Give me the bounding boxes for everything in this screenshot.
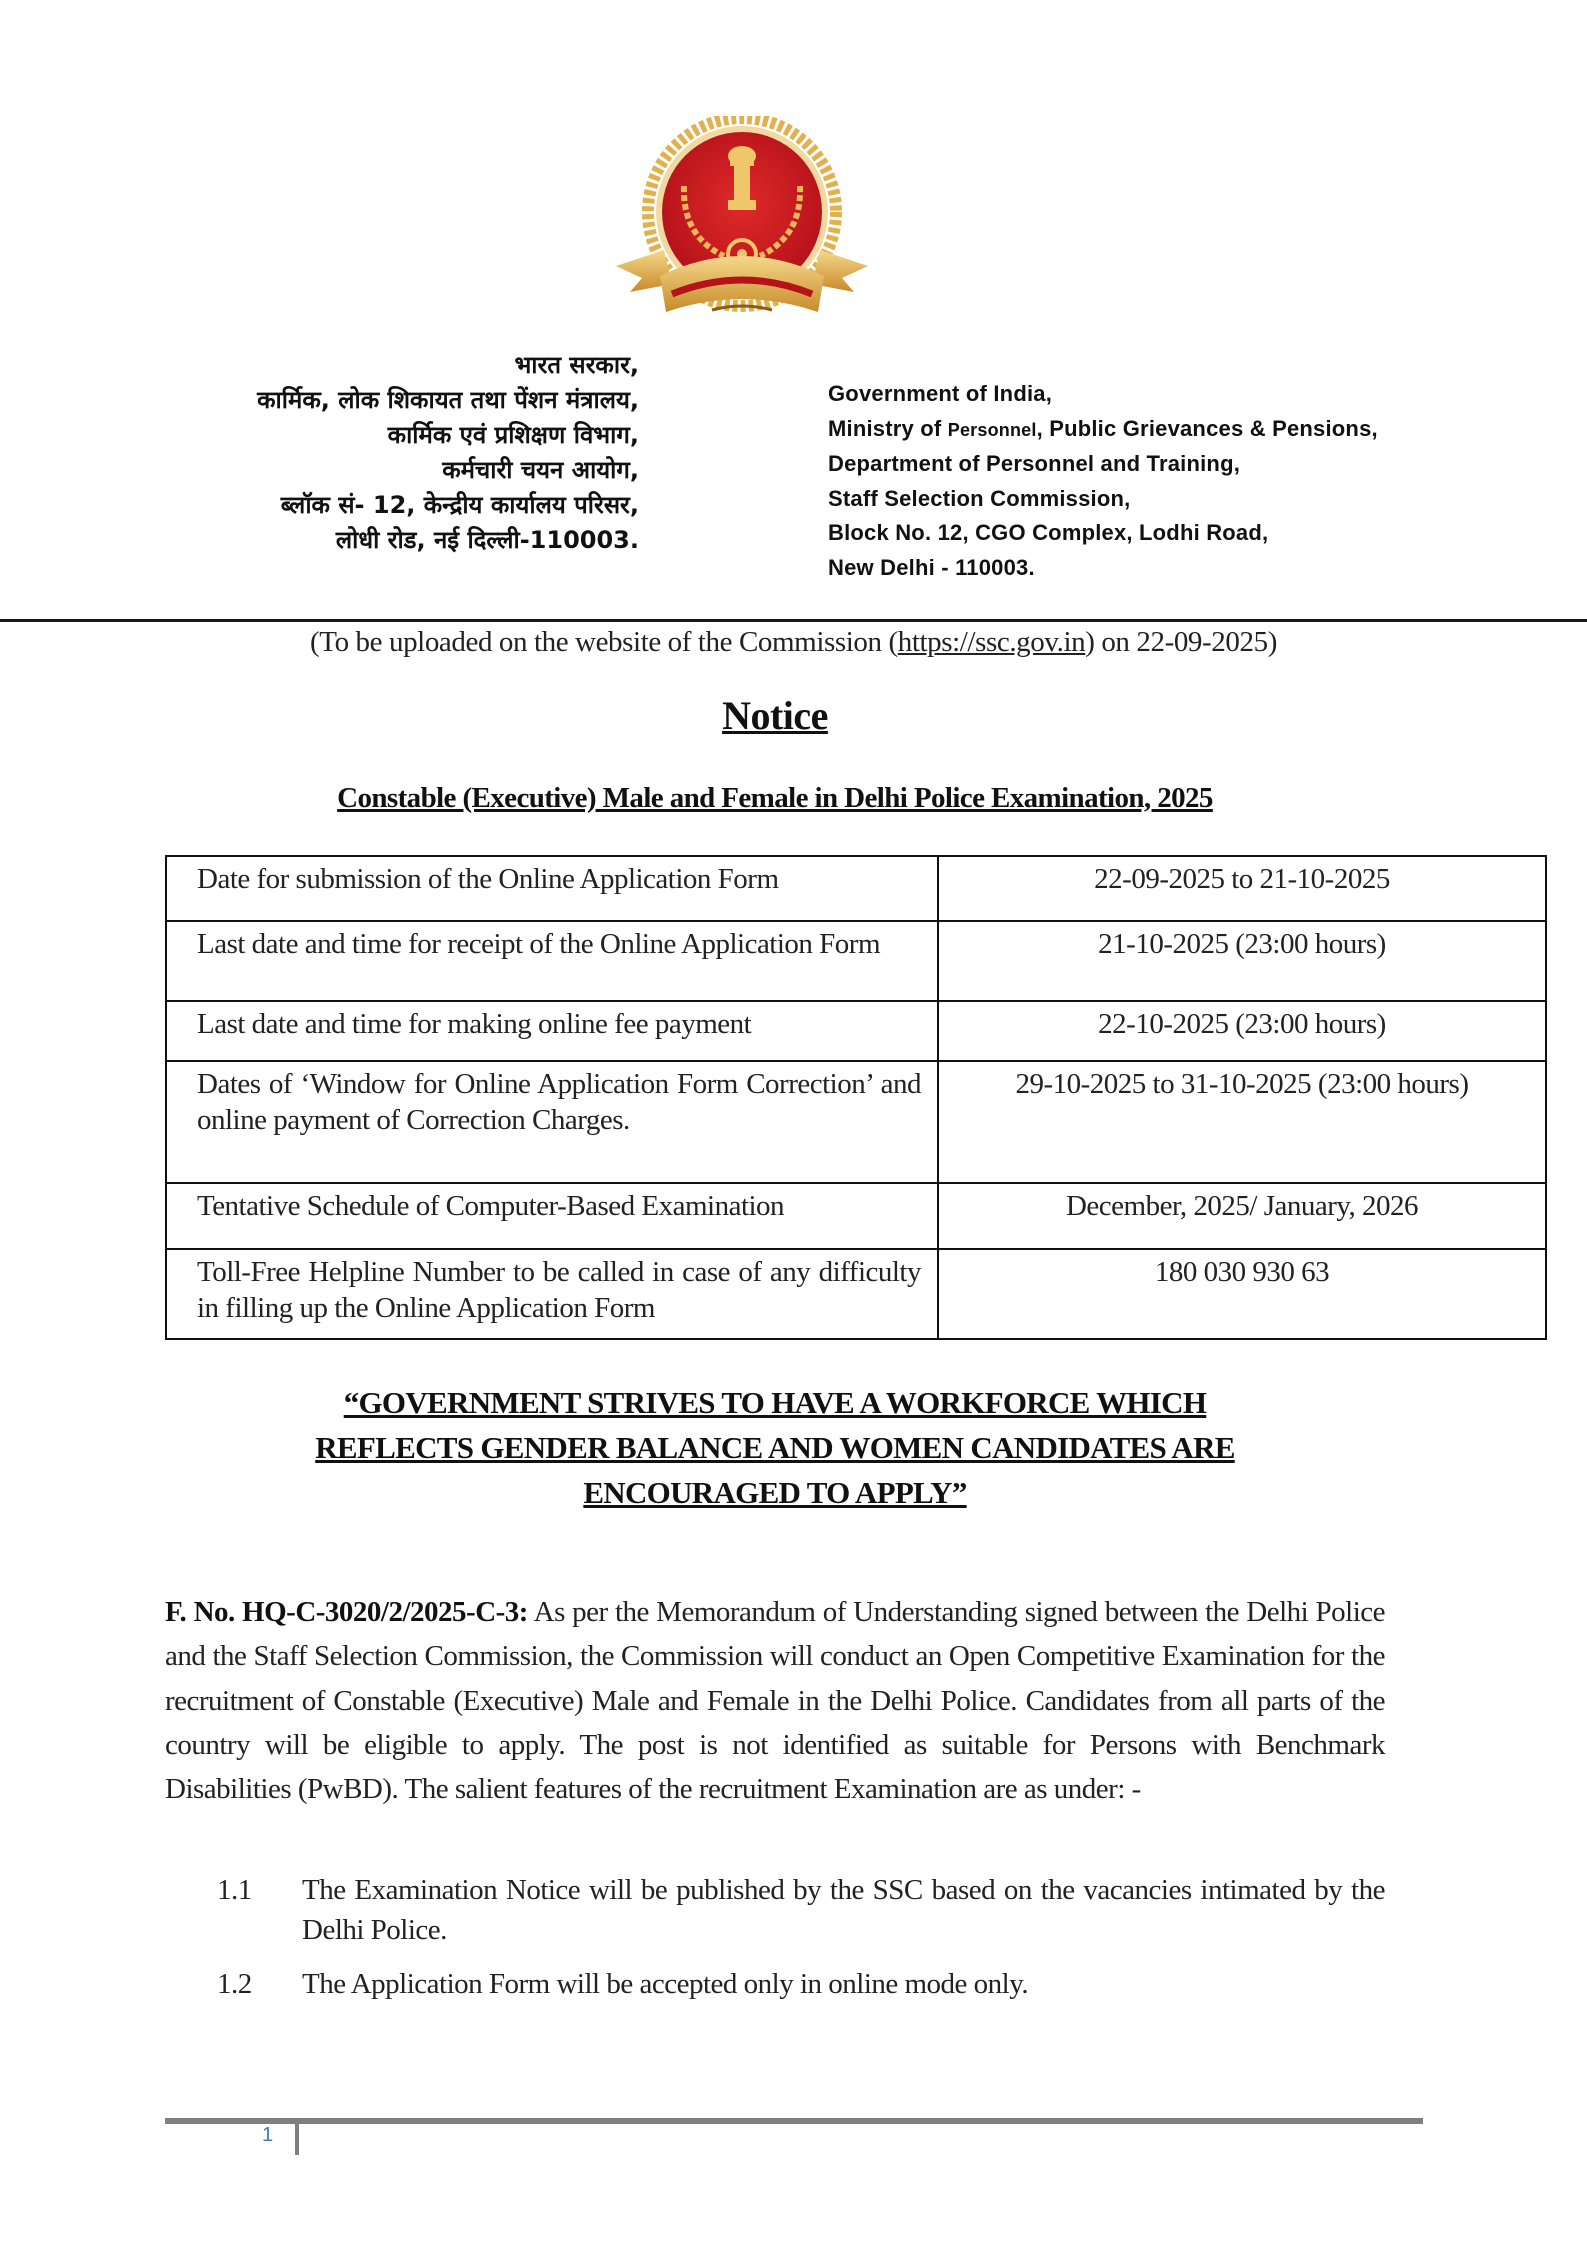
list-item-text: The Application Form will be accepted on… bbox=[302, 1964, 1385, 2004]
slogan-line: REFLECTS GENDER BALANCE AND WOMEN CANDID… bbox=[0, 1425, 1550, 1470]
table-row: Last date and time for making online fee… bbox=[166, 1001, 1546, 1061]
english-line-part: Ministry of bbox=[828, 416, 941, 441]
footer-divider bbox=[165, 2118, 1423, 2124]
list-item: 1.2 The Application Form will be accepte… bbox=[165, 1964, 1385, 2004]
upload-note-prefix: (To be uploaded on the website of the Co… bbox=[310, 626, 898, 658]
table-row: Last date and time for receipt of the On… bbox=[166, 921, 1546, 1001]
hindi-line: कार्मिक एवं प्रशिक्षण विभाग, bbox=[257, 418, 639, 453]
ssc-website-link[interactable]: https://ssc.gov.in bbox=[898, 626, 1086, 658]
schedule-label: Last date and time for making online fee… bbox=[166, 1001, 938, 1061]
schedule-label: Toll-Free Helpline Number to be called i… bbox=[166, 1249, 938, 1339]
schedule-label: Tentative Schedule of Computer-Based Exa… bbox=[166, 1183, 938, 1249]
upload-note: (To be uploaded on the website of the Co… bbox=[0, 622, 1587, 662]
english-line: Block No. 12, CGO Complex, Lodhi Road, bbox=[828, 516, 1378, 551]
hindi-line: भारत सरकार, bbox=[257, 348, 639, 383]
schedule-label: Dates of ‘Window for Online Application … bbox=[166, 1061, 938, 1183]
schedule-label: Date for submission of the Online Applic… bbox=[166, 856, 938, 921]
table-row: Dates of ‘Window for Online Application … bbox=[166, 1061, 1546, 1183]
upload-note-suffix: ) on 22-09-2025) bbox=[1085, 626, 1277, 658]
intro-paragraph: F. No. HQ-C-3020/2/2025-C-3: As per the … bbox=[165, 1590, 1385, 1811]
hindi-line: कार्मिक, लोक शिकायत तथा पेंशन मंत्रालय, bbox=[257, 383, 639, 418]
english-line-part: Personnel bbox=[948, 420, 1037, 440]
ssc-emblem-icon bbox=[612, 116, 872, 336]
table-row: Toll-Free Helpline Number to be called i… bbox=[166, 1249, 1546, 1339]
ssc-emblem-logo bbox=[612, 116, 872, 336]
schedule-value: December, 2025/ January, 2026 bbox=[938, 1183, 1546, 1249]
schedule-value: 22-09-2025 to 21-10-2025 bbox=[938, 856, 1546, 921]
hindi-line: ब्लॉक सं- 12, केन्द्रीय कार्यालय परिसर, bbox=[257, 488, 639, 523]
schedule-value: 22-10-2025 (23:00 hours) bbox=[938, 1001, 1546, 1061]
english-line: New Delhi - 110003. bbox=[828, 551, 1378, 586]
schedule-value: 29-10-2025 to 31-10-2025 (23:00 hours) bbox=[938, 1061, 1546, 1183]
file-number: F. No. HQ-C-3020/2/2025-C-3: bbox=[165, 1596, 528, 1628]
schedule-label: Last date and time for receipt of the On… bbox=[166, 921, 938, 1001]
hindi-address-block: भारत सरकार, कार्मिक, लोक शिकायत तथा पेंश… bbox=[257, 348, 639, 558]
list-item-number: 1.2 bbox=[217, 1964, 267, 2004]
slogan-line: ENCOURAGED TO APPLY” bbox=[0, 1470, 1550, 1515]
table-row: Date for submission of the Online Applic… bbox=[166, 856, 1546, 921]
english-address-block: Government of India, Ministry of Personn… bbox=[828, 377, 1378, 585]
schedule-value: 180 030 930 63 bbox=[938, 1249, 1546, 1339]
english-line: Department of Personnel and Training, bbox=[828, 447, 1378, 482]
english-line-part: , Public Grievances & Pensions, bbox=[1037, 416, 1378, 441]
features-list: 1.1 The Examination Notice will be publi… bbox=[165, 1870, 1385, 2018]
schedule-table: Date for submission of the Online Applic… bbox=[165, 855, 1547, 1340]
exam-title: Constable (Executive) Male and Female in… bbox=[0, 782, 1550, 815]
table-row: Tentative Schedule of Computer-Based Exa… bbox=[166, 1183, 1546, 1249]
notice-title: Notice bbox=[0, 692, 1550, 739]
list-item: 1.1 The Examination Notice will be publi… bbox=[165, 1870, 1385, 1950]
slogan-line: “GOVERNMENT STRIVES TO HAVE A WORKFORCE … bbox=[0, 1380, 1550, 1425]
gender-balance-slogan: “GOVERNMENT STRIVES TO HAVE A WORKFORCE … bbox=[0, 1380, 1550, 1515]
schedule-value: 21-10-2025 (23:00 hours) bbox=[938, 921, 1546, 1001]
page-number: 1 bbox=[262, 2124, 273, 2147]
english-line: Ministry of Personnel, Public Grievances… bbox=[828, 412, 1378, 448]
hindi-line: लोधी रोड, नई दिल्ली-110003. bbox=[257, 523, 639, 558]
english-line: Staff Selection Commission, bbox=[828, 482, 1378, 517]
english-line: Government of India, bbox=[828, 377, 1378, 412]
list-item-number: 1.1 bbox=[217, 1870, 267, 1950]
footer-divider-tick bbox=[295, 2123, 299, 2155]
hindi-line: कर्मचारी चयन आयोग, bbox=[257, 453, 639, 488]
list-item-text: The Examination Notice will be published… bbox=[302, 1870, 1385, 1950]
